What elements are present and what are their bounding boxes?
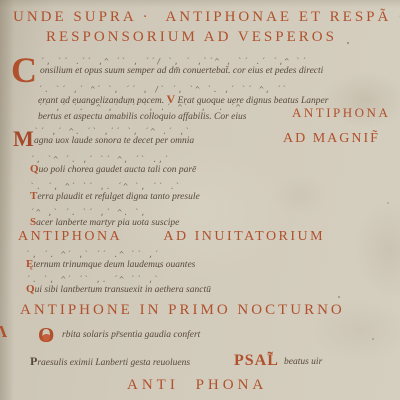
verse-row: `. ´, ^´ `´ ,. ´^ `, ´´ .` Terra plaudit… (30, 182, 200, 203)
rubric-psalm: PSAL̃ (234, 352, 279, 370)
invitatorium-row: `, ´. ^´ ,` ´´ .^ `´ ,´ Ęternum trinumqu… (26, 250, 195, 271)
heading-antiphona: ANTIPHONA (18, 229, 121, 244)
verse-row: ´, `^ ´. ,´ `´ ^, ´` .,´ Quo poli chorea… (30, 155, 196, 176)
nocturno-line1-text: rbita solaris pr̄sentia gaudia confert (62, 330, 200, 341)
neumes-verse1: ´, `^ ´. ,´ `´ ^, ´` .,´ (30, 155, 196, 164)
parchment-specks (347, 42, 349, 44)
title-unde-supra: UNDE SUPRA · (13, 9, 151, 25)
neumes-verse3: ´^ ,` ´. `´ ,´ ^. `, (30, 208, 179, 217)
verse3-text: acer lanberte martyr pia uota suscipe (36, 218, 179, 228)
responsory-line1: ´, `´ .´´ ,^ ´` , ´´/ `, ´ ,`´^ , `´ .´ … (40, 57, 323, 77)
invitatorium-row: ´. `, ^´ ´` ,. ´^ `´ ,` Qui sibi lantber… (26, 275, 211, 296)
psalm-incipit-text: beatus uir (284, 357, 322, 368)
inv1-text: ternum trinumque deum laudemus ouantes (33, 260, 195, 270)
neumes-line3: ´` ,´ ´. `^ ,´ ´´ `, .´ ^` ´, `. ´^ (38, 103, 246, 112)
initial-c: C (11, 52, 37, 88)
neumes-magnificat: `´ ,´ ^. ´` ,´´ `, ´^ .´ ,` (34, 127, 194, 136)
psalm-incipit: beatus uir (284, 357, 322, 368)
nocturno-line2: Praesulis eximii Lanberti gesta reuoluen… (30, 356, 190, 369)
inv2-text: ui sibi lantbertum transuexit in aethera… (35, 285, 211, 295)
verse2-text: erra plaudit et refulget digna tanto pre… (37, 192, 199, 202)
nocturno-line1: rbita solaris pr̄sentia gaudia confert (62, 330, 200, 341)
rubric-ad-magnificat: AD MAGNIF̃ (283, 131, 380, 147)
neumes-line1: ´, `´ .´´ ,^ ´` , ´´/ `, ´ ,`´^ , `´ .´ … (40, 57, 323, 66)
initial-o: O (38, 325, 54, 346)
nocturno-line2-text: raesulis eximii Lanberti gesta reuoluens (37, 358, 190, 368)
manuscript-page: UNDE SUPRA · ANTIPHONAE ET RESPÃ · RESPO… (0, 0, 400, 400)
heading-invitatorium: ANTIPHONA AD INUITATORIUM (18, 229, 325, 245)
neumes-line2: ´. `´ ,´ ^´ `, ´´ , /` ´, `^ ´. ,´ `´ ^,… (38, 85, 328, 94)
title-line1: UNDE SUPRA · ANTIPHONAE ET RESPÃ · (13, 9, 400, 26)
initial-q1: Q (30, 163, 39, 175)
heading-nocturno: ANTIPHONE IN PRIMO NOCTURNO (20, 302, 345, 319)
margin-mark: Λ (0, 322, 7, 342)
responsory-line3-text: bertus et aspectu amabilis colloquio aff… (38, 112, 246, 123)
verse1-text: uo poli chorea gaudet aucta tali con par… (39, 165, 197, 175)
verse-row: ´^ ,` ´. `´ ,´ ^. `, Sacer lanberte mart… (30, 208, 179, 229)
title-antiphonae: ANTIPHONAE ET RESPÃ · (165, 9, 400, 25)
neumes-verse2: `. ´, ^´ `´ ,. ´^ `, ´´ .` (30, 182, 200, 191)
neumes-inv1: `, ´. ^´ ,` ´´ .^ `´ ,´ (26, 250, 195, 259)
neumes-inv2: ´. `, ^´ ´` ,. ´^ `´ ,` (26, 275, 211, 284)
page-top-shadow (0, 0, 400, 8)
heading-ad-invitatorium: AD INUITATORIUM (163, 229, 325, 244)
initial-q2: Q (26, 283, 35, 295)
magnificat-text: agna uox laude sonora te decet per omnia (34, 136, 194, 147)
rubric-antiphona-bottom: ANTI PHONA (127, 377, 267, 394)
initial-o-fill (42, 334, 51, 342)
title-line2: RESPONSORIUM AD VESPEROS (46, 29, 337, 46)
responsory-line3: ´` ,´ ´. `^ ,´ ´´ `, .´ ^` ´, `. ´^ bert… (38, 103, 246, 123)
responsory-line1-text: onsilium et opus suum semper ad dm̄ conu… (40, 66, 323, 77)
rubric-antiphona-right: ANTIPHONA (292, 105, 390, 121)
initial-c-fill (16, 69, 32, 81)
initial-m: M (13, 128, 34, 150)
magnificat-line: `´ ,´ ^. ´` ,´´ `, ´^ .´ ,` agna uox lau… (34, 127, 194, 147)
